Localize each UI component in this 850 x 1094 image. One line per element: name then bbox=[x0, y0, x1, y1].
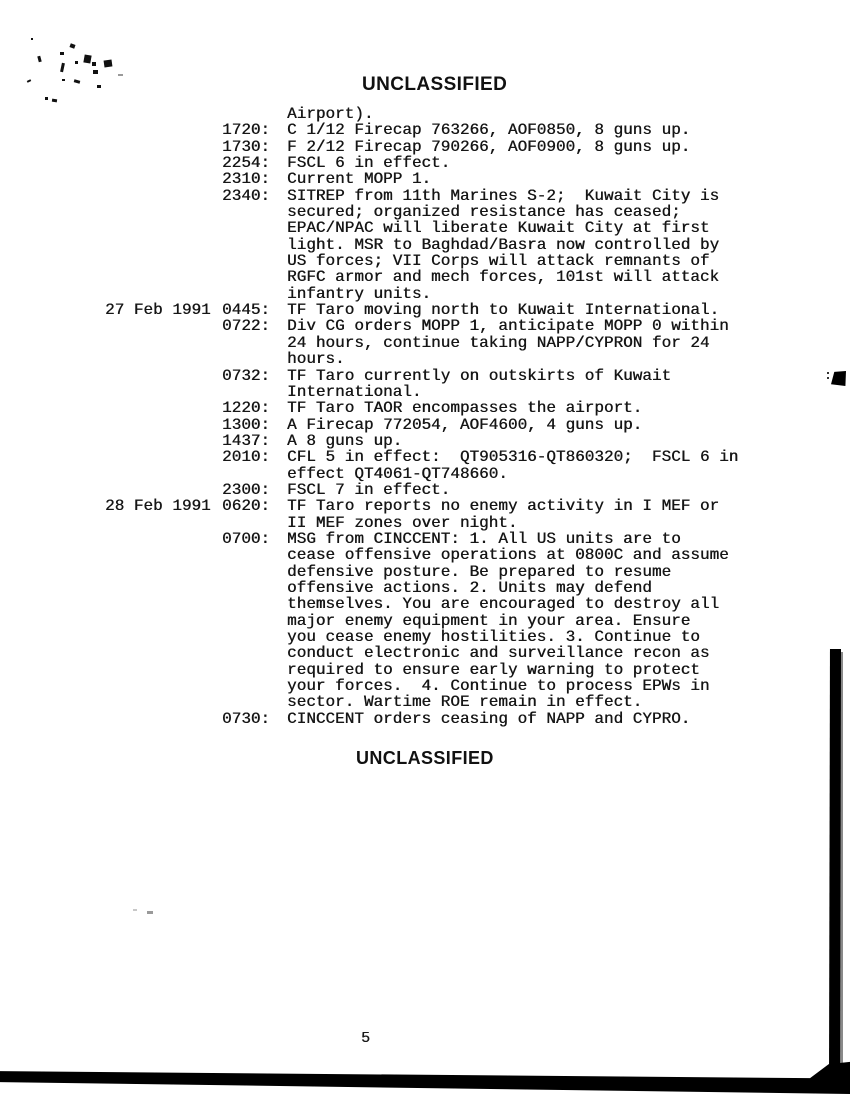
log-entry-date bbox=[105, 482, 222, 498]
log-entry-date bbox=[105, 122, 222, 138]
log-entry-text: A Firecap 772054, AOF4600, 4 guns up. bbox=[287, 417, 825, 433]
log-entry-text: Div CG orders MOPP 1, anticipate MOPP 0 … bbox=[287, 318, 825, 367]
log-entry-text: C 1/12 Firecap 763266, AOF0850, 8 guns u… bbox=[287, 122, 825, 138]
log-entry-text: TF Taro moving north to Kuwait Internati… bbox=[287, 302, 825, 318]
log-entry-date bbox=[105, 318, 222, 334]
log-entry-time: 0445: bbox=[222, 302, 287, 318]
ink-speck bbox=[60, 52, 64, 55]
log-entry-text: TF Taro reports no enemy activity in I M… bbox=[287, 498, 825, 531]
log-entry-date bbox=[105, 400, 222, 416]
ink-speck bbox=[104, 59, 113, 67]
log-entry-date bbox=[105, 171, 222, 187]
log-entry-time: 0732: bbox=[222, 368, 287, 384]
log-entry-time: 2254: bbox=[222, 155, 287, 171]
log-entry: 0732: TF Taro currently on outskirts of … bbox=[105, 368, 825, 401]
log-entry: 2010: CFL 5 in effect: QT905316-QT860320… bbox=[105, 449, 825, 482]
log-entry: 1730: F 2/12 Firecap 790266, AOF0900, 8 … bbox=[105, 139, 825, 155]
log-entry-date: 28 Feb 1991 bbox=[105, 498, 222, 514]
ink-speck bbox=[97, 85, 101, 88]
log-entry: 0700: MSG from CINCCENT: 1. All US units… bbox=[105, 531, 825, 711]
log-entry-date bbox=[105, 417, 222, 433]
ink-speck bbox=[45, 97, 48, 100]
log-entry: 1437: A 8 guns up. bbox=[105, 433, 825, 449]
log-entry: 28 Feb 1991 0620: TF Taro reports no ene… bbox=[105, 498, 825, 531]
log-entry-time: 2010: bbox=[222, 449, 287, 465]
log-entry: Airport). bbox=[105, 106, 825, 122]
log-entry-date bbox=[105, 433, 222, 449]
log-entry: 2310: Current MOPP 1. bbox=[105, 171, 825, 187]
ink-speck bbox=[27, 79, 31, 83]
log-entry: 1720: C 1/12 Firecap 763266, AOF0850, 8 … bbox=[105, 122, 825, 138]
scan-edge-bar-bottom bbox=[0, 1050, 850, 1094]
log-entry-date bbox=[105, 139, 222, 155]
log-entry-date bbox=[105, 188, 222, 204]
log-entry-time: 1720: bbox=[222, 122, 287, 138]
ink-speck bbox=[827, 377, 829, 379]
ink-speck bbox=[60, 63, 65, 72]
log-entry-date bbox=[105, 368, 222, 384]
ink-speck bbox=[52, 99, 57, 103]
log-entry-time: 0730: bbox=[222, 711, 287, 727]
log-entry-date bbox=[105, 106, 222, 122]
ink-speck bbox=[83, 54, 91, 63]
log-entry-text: F 2/12 Firecap 790266, AOF0900, 8 guns u… bbox=[287, 139, 825, 155]
log-entry-text: MSG from CINCCENT: 1. All US units are t… bbox=[287, 531, 825, 711]
log-entry-text: FSCL 6 in effect. bbox=[287, 155, 825, 171]
ink-speck bbox=[62, 79, 65, 81]
ink-speck bbox=[827, 372, 829, 374]
faint-smudge bbox=[147, 911, 153, 914]
log-entry: 0722: Div CG orders MOPP 1, anticipate M… bbox=[105, 318, 825, 367]
log-entry-text: Airport). bbox=[287, 106, 825, 122]
ink-speck bbox=[74, 79, 81, 83]
page-number: 5 bbox=[361, 1030, 370, 1047]
ink-speck bbox=[31, 38, 33, 40]
log-entry-time: 2310: bbox=[222, 171, 287, 187]
log-entry: 1300: A Firecap 772054, AOF4600, 4 guns … bbox=[105, 417, 825, 433]
log-entry-text: CFL 5 in effect: QT905316-QT860320; FSCL… bbox=[287, 449, 825, 482]
log-entry-time bbox=[222, 106, 287, 122]
log-entry-time: 1730: bbox=[222, 139, 287, 155]
log-entry-text: Current MOPP 1. bbox=[287, 171, 825, 187]
log-entry-time: 2300: bbox=[222, 482, 287, 498]
ink-speck bbox=[93, 70, 98, 74]
classification-banner-top: UNCLASSIFIED bbox=[362, 74, 507, 96]
activity-log: Airport). 1720: C 1/12 Firecap 763266, A… bbox=[105, 106, 825, 727]
log-entry-time: 0700: bbox=[222, 531, 287, 547]
ink-speck bbox=[37, 56, 41, 63]
log-entry: 2254: FSCL 6 in effect. bbox=[105, 155, 825, 171]
log-entry: 0730: CINCCENT orders ceasing of NAPP an… bbox=[105, 711, 825, 727]
log-entry: 2340: SITREP from 11th Marines S-2; Kuwa… bbox=[105, 188, 825, 302]
log-entry-time: 1220: bbox=[222, 400, 287, 416]
log-entry-text: SITREP from 11th Marines S-2; Kuwait Cit… bbox=[287, 188, 825, 302]
log-entry: 1220: TF Taro TAOR encompasses the airpo… bbox=[105, 400, 825, 416]
ink-speck bbox=[75, 61, 78, 64]
log-entry-text: FSCL 7 in effect. bbox=[287, 482, 825, 498]
ink-speck bbox=[118, 74, 123, 76]
log-entry-text: TF Taro currently on outskirts of Kuwait… bbox=[287, 368, 825, 401]
log-entry-time: 1300: bbox=[222, 417, 287, 433]
log-entry-date bbox=[105, 531, 222, 547]
log-entry-time: 0722: bbox=[222, 318, 287, 334]
log-entry-date bbox=[105, 711, 222, 727]
log-entry-date: 27 Feb 1991 bbox=[105, 302, 222, 318]
classification-banner-bottom: UNCLASSIFIED bbox=[356, 748, 494, 769]
ink-blot bbox=[831, 371, 846, 386]
log-entry-time: 0620: bbox=[222, 498, 287, 514]
ink-speck bbox=[92, 62, 96, 66]
log-entry: 2300: FSCL 7 in effect. bbox=[105, 482, 825, 498]
scan-edge-bar-right bbox=[829, 649, 841, 1085]
log-entry-date bbox=[105, 155, 222, 171]
ink-speck bbox=[69, 43, 75, 48]
log-entry-text: CINCCENT orders ceasing of NAPP and CYPR… bbox=[287, 711, 825, 727]
log-entry: 27 Feb 1991 0445: TF Taro moving north t… bbox=[105, 302, 825, 318]
log-entry-time: 2340: bbox=[222, 188, 287, 204]
log-entry-text: TF Taro TAOR encompasses the airport. bbox=[287, 400, 825, 416]
log-entry-time: 1437: bbox=[222, 433, 287, 449]
faint-smudge bbox=[133, 909, 137, 911]
scanned-document-page: UNCLASSIFIED Airport). 1720: C 1/12 Fire… bbox=[0, 0, 850, 1094]
log-entry-date bbox=[105, 449, 222, 465]
log-entry-text: A 8 guns up. bbox=[287, 433, 825, 449]
